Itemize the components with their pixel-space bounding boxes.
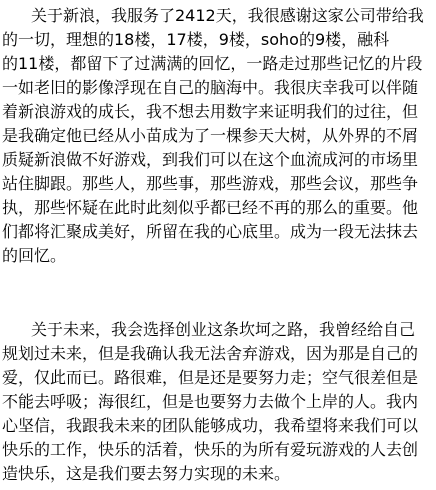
text-line: 不能去呼吸；海很红，但是也要努力去做个上岸的人。我内 (2, 390, 434, 414)
text-line: 们都将汇聚成美好，所留在我的心底里。成为一段无法抹去 (2, 220, 434, 244)
text-line: 关于新浪，我服务了2412天，我很感谢这家公司带给我 (2, 4, 434, 28)
text-line: 着新浪游戏的成长，我不想去用数字来证明我们的过往，但 (2, 100, 434, 124)
paragraph-about-future: 关于未来，我会选择创业这条坎坷之路，我曾经给自己 规划过未来，但是我确认我无法舍… (2, 318, 434, 486)
text-line: 站住脚跟。那些人，那些事，那些游戏，那些会议，那些争 (2, 172, 434, 196)
text-line: 质疑新浪做不好游戏，到我们可以在这个血流成河的市场里 (2, 148, 434, 172)
text-line: 的一切，理想的18楼，17楼，9楼，soho的9楼，融科 (2, 28, 434, 52)
text-line: 一如老旧的影像浮现在自己的脑海中。我很庆幸我可以伴随 (2, 76, 434, 100)
text-line: 的11楼，都留下了过满满的回忆，一路走过那些记忆的片段 (2, 52, 434, 76)
text-line: 规划过未来，但是我确认我无法舍弃游戏，因为那是自己的 (2, 342, 434, 366)
text-line: 关于未来，我会选择创业这条坎坷之路，我曾经给自己 (2, 318, 434, 342)
text-line: 快乐的工作，快乐的活着，快乐的为所有爱玩游戏的人去创 (2, 438, 434, 462)
paragraph-about-sina: 关于新浪，我服务了2412天，我很感谢这家公司带给我 的一切，理想的18楼，17… (2, 4, 434, 268)
text-line: 是我确定他已经从小苗成为了一棵参天大树，从外界的不屑 (2, 124, 434, 148)
text-line: 的回忆。 (2, 244, 434, 268)
text-line: 心坚信，我跟我未来的团队能够成功，我希望将来我们可以 (2, 414, 434, 438)
text-line: 爱，仅此而已。路很难，但是还是要努力走；空气很差但是 (2, 366, 434, 390)
text-line: 执，那些怀疑在此时此刻似乎都已经不再的那么的重要。他 (2, 196, 434, 220)
text-line: 造快乐，这是我们要去努力实现的未来。 (2, 462, 434, 486)
document-page: 关于新浪，我服务了2412天，我很感谢这家公司带给我 的一切，理想的18楼，17… (0, 0, 436, 490)
